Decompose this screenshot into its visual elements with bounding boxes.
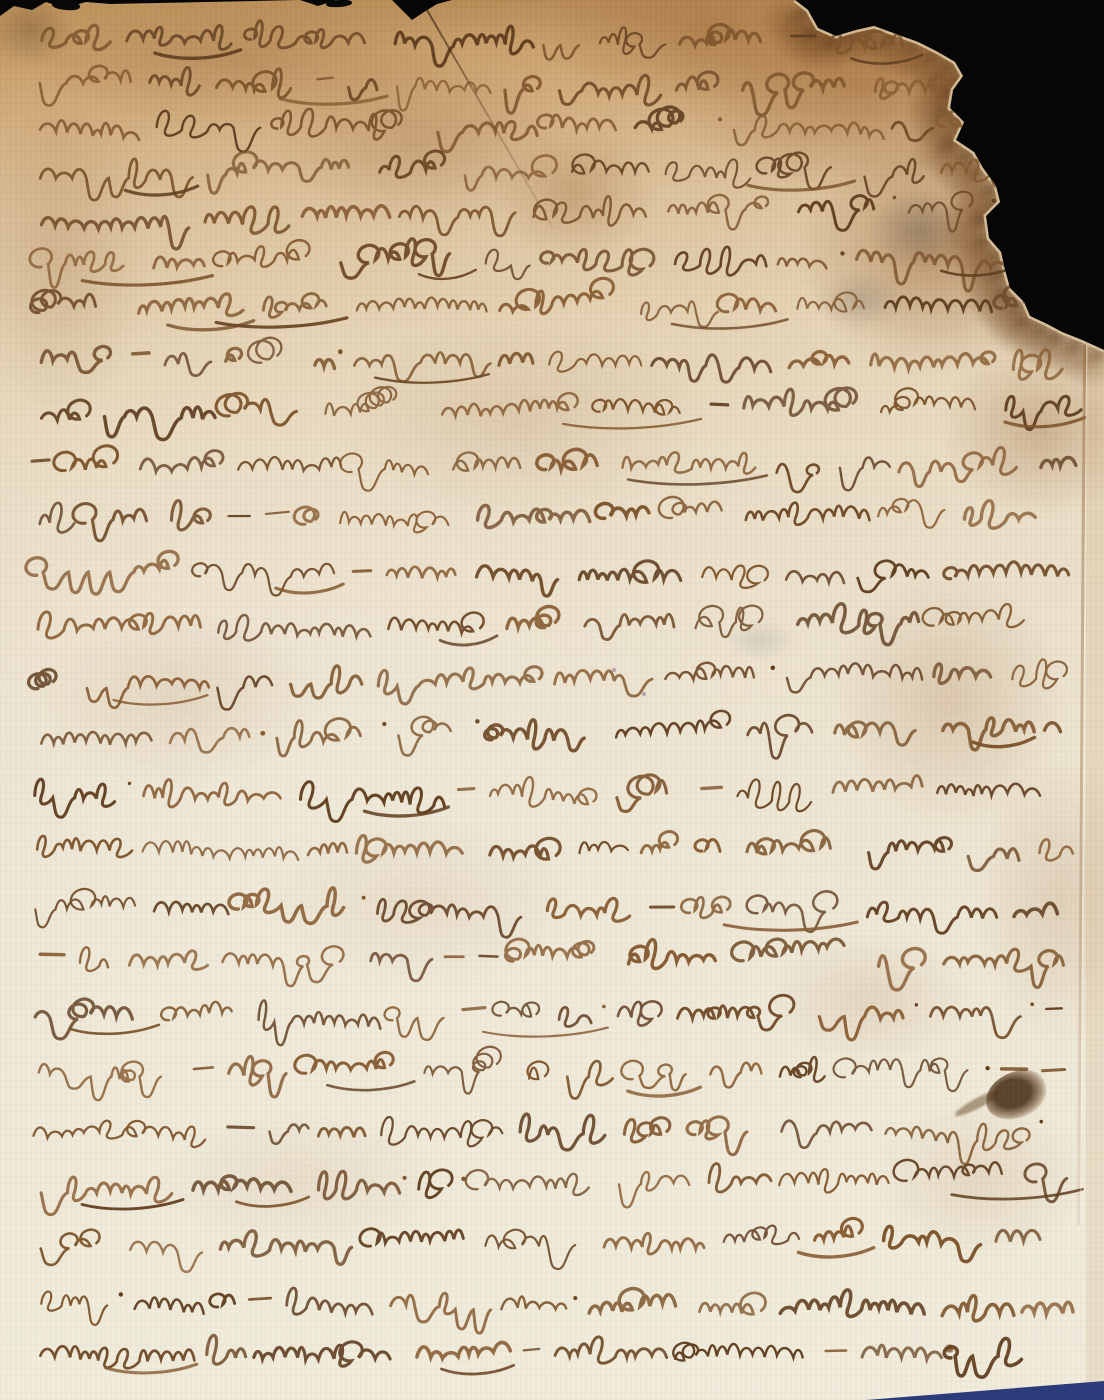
- text-line: நகரியோரு - சொலன ரூஉ ஒமொழி குடுகிறென எனறர…: [40, 1335, 1021, 1378]
- text-line: யாம கூழிதினி மிதும னுவதளகிற மதளைவட - நீச…: [29, 658, 1068, 712]
- ink-dot: [718, 117, 722, 121]
- text-line: துசசேழி சொனனென . அவா ரு - ஒருகினாசகோ அநக…: [41, 337, 1062, 387]
- text-line: றம் - அபடியா னதாலகள எனகு கடயே யபி சொலலக …: [40, 494, 1036, 541]
- ink-dot: [573, 1296, 577, 1300]
- ink-dot: [893, 196, 897, 200]
- ink-dot: [840, 251, 844, 255]
- text-line: களுடு யணது வாவேண ழ யருநாவ யாவகிக கொனளு க…: [32, 446, 1076, 492]
- ink-dot: [475, 719, 479, 723]
- ink-dot: [602, 1005, 606, 1009]
- text-line: அநகாறிய ஒளத து லகளுகு ய சோடமோ மெனது சொமத…: [40, 149, 1018, 200]
- text-line: யயடி - திமயோ அதுகாலையரல மயைழ யாவதாமல யயே…: [33, 1113, 1043, 1164]
- ink-dot: [992, 199, 996, 203]
- text-line: குதரயயடி திருதிற யயக துகருகு மென எனறிரன …: [41, 1282, 1073, 1338]
- text-line: எனறர் - குனிவகெ இதினபேரல குய சதுரைகளைப ப…: [37, 829, 1073, 870]
- ink-dot: [382, 722, 386, 726]
- ink-dot: [915, 1003, 918, 1006]
- ink-dot: [985, 1066, 989, 1070]
- ink-dot: [1030, 1002, 1034, 1006]
- ink-dot: [119, 1292, 123, 1296]
- text-line: டயா மனது யெ யுது . எனறு யானுஞ சொலலக சொனன…: [41, 191, 996, 251]
- ink-dot: [128, 782, 131, 785]
- manuscript-photo: இறபோது உலகளுகு யபெரிய டுயழகி ரகுமது கசமய…: [0, 0, 1104, 1400]
- ink-dot: [260, 731, 265, 736]
- ink-dot: [402, 1176, 406, 1180]
- text-line: ஞாமமலலி யெனுறு அதுகடுந மதசசேடியும சொனமனன…: [41, 707, 1061, 767]
- text-line: இதிலவாம மகாராசானகு சகொலன ஞாக சீசது சொலலு…: [35, 774, 1040, 822]
- text-line: வாவா - அரிகாறா மே அரிகாளவை அவிபடு எனனயோ: [30, 234, 1017, 298]
- text-line: ன . படி - இநு பயது யடுசேஷ நகளிசே அநகிற ம…: [26, 551, 1069, 596]
- text-line: யழகோ - அபபரசிகேகு சைகாறர் அதினபேரலெ பெசவ…: [40, 104, 1003, 153]
- text-line: மறையோசன யளை மலயபே ளறெ - ஐ நகளது நகிறெயமர: [40, 1217, 1040, 1275]
- text-line: றென - நலலது னுன அதுழை யருகு மயோடுகிறென க…: [35, 995, 1062, 1046]
- ink-speck: [944, 1344, 955, 1353]
- ink-dot: [771, 665, 776, 670]
- ink-dot: [338, 349, 343, 354]
- foxing-speck: [612, 668, 616, 672]
- text-line: குருமளையும அநநிகர மதினசே அயயயறு களாண - ம…: [39, 1046, 1065, 1103]
- text-line: கசொனனூர் . துனும யொயக டுராசிகளையும வயிரா…: [30, 276, 1028, 331]
- foxing-speck: [642, 692, 646, 696]
- ink-dot: [1039, 1120, 1043, 1124]
- text-line: ய - வடுவ மகுதளை வாவதினே நுகு ஞாசசே கிறமத…: [41, 382, 1085, 440]
- handwriting-layer: இறபோது உலகளுகு யபெரிய டுயழகி ரகுமது கசமய…: [0, 0, 1104, 1400]
- text-line: இறதுஞாயமயல அவாகளை அளைழயது ககொளளு ககொனனது: [40, 939, 1063, 990]
- ink-dot: [362, 896, 366, 900]
- manuscript-page: இறபோது உலகளுகு யபெரிய டுயழகி ரகுமது கசமய…: [0, 0, 1104, 1400]
- text-line: ஒக ழிமகளகடு மதுதவா அதுயாசண டை மன னசயசானத…: [35, 884, 1058, 942]
- text-line: கோ சுது காய தரனியென அளழது காரியததை யபியச…: [40, 64, 1012, 119]
- text-line: யால ழோநதும அழுகியும மநெலலுசமகத யயுடுமெ க…: [41, 1158, 1083, 1215]
- text-line: ஙகளுடு யாநு யஒருடு மகினளது . செதுடி யானன…: [38, 602, 1024, 653]
